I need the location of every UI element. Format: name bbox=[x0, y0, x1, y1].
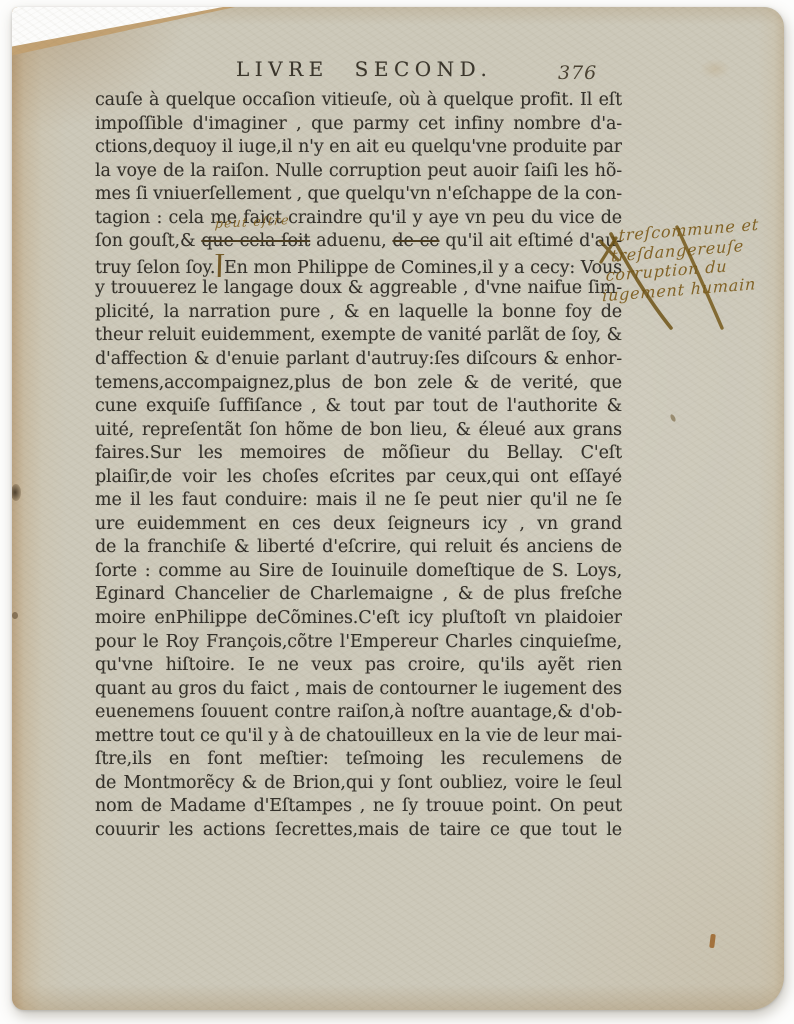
text-segment: plaiſir,de voir les choſes eſcrites par … bbox=[95, 467, 622, 490]
text-line: ſtre,ils en font meſtier: teſmoing les r… bbox=[95, 748, 622, 772]
text-segment: Eginard Chancelier de Charlemaigne , & d… bbox=[95, 584, 622, 607]
text-line: y trouuerez le langage doux & aggreable … bbox=[95, 277, 622, 301]
text-segment: la voye de la raiſon. Nulle corruption p… bbox=[95, 161, 622, 181]
text-segment: de la franchiſe & liberté d'eſcrire, qui… bbox=[95, 537, 622, 560]
text-segment: ctions,dequoy il iuge,il n'y en ait eu q… bbox=[95, 137, 622, 157]
page-number: 376 bbox=[558, 62, 597, 84]
text-line: la voye de la raiſon. Nulle corruption p… bbox=[95, 160, 622, 184]
paper-speck bbox=[709, 934, 716, 949]
body-text: cauſe à quelque occaſion vitieuſe, où à … bbox=[95, 89, 622, 843]
text-segment: plicité, la narration pure , & en laquel… bbox=[95, 302, 622, 325]
text-segment: qu'vne hiſtoire. Ie ne veux pas croire, … bbox=[95, 655, 622, 678]
text-segment: truy ſelon ſoy. bbox=[95, 258, 215, 278]
running-header-title: LIVRE SECOND. bbox=[236, 57, 492, 81]
struck-text: de ce bbox=[392, 231, 439, 251]
text-segment: ſtre,ils en font meſtier: teſmoing les r… bbox=[95, 749, 622, 772]
text-line: truy ſelon ſoy.En mon Philippe de Comine… bbox=[95, 254, 622, 278]
insertion-mark-icon bbox=[218, 254, 221, 278]
text-segment: nom de Madame d'Eſtampes , ne ſy trouue … bbox=[95, 796, 622, 816]
text-line: Eginard Chancelier de Charlemaigne , & d… bbox=[95, 583, 622, 607]
text-segment: cauſe à quelque occaſion vitieuſe, où à … bbox=[95, 90, 622, 110]
text-segment: d'affection & d'enuie parlant d'autruy:ſ… bbox=[95, 349, 622, 369]
text-segment: me il les faut conduire: mais il ne ſe p… bbox=[95, 490, 622, 513]
text-segment: de Montmorẽcy & de Brion,qui y ſont oubl… bbox=[95, 773, 622, 793]
text-line: plaiſir,de voir les choſes eſcrites par … bbox=[95, 466, 622, 490]
text-segment: ſorte : comme au Sire de Iouinuile domeſ… bbox=[95, 561, 622, 581]
text-line: cune exquiſe ſuffiſance , & tout par tou… bbox=[95, 395, 622, 419]
struck-text: que cela ſoit bbox=[201, 231, 310, 251]
text-line: de Montmorẽcy & de Brion,qui y ſont oubl… bbox=[95, 772, 622, 796]
text-line: d'affection & d'enuie parlant d'autruy:ſ… bbox=[95, 348, 622, 372]
text-line: tagion : cela me faict craindre qu'il y … bbox=[95, 207, 622, 231]
text-line: plicité, la narration pure , & en laquel… bbox=[95, 301, 622, 325]
text-line: ure euidemment en ces deux ſeigneurs icy… bbox=[95, 513, 622, 537]
text-line: mes ſi vniuerſellement , que quelqu'vn n… bbox=[95, 183, 622, 207]
text-line: theur reluit euidemment, exempte de vani… bbox=[95, 324, 622, 348]
text-segment: ure euidemment en ces deux ſeigneurs icy… bbox=[95, 514, 622, 537]
text-segment: uité, repreſentãt ſon hõme de bon lieu, … bbox=[95, 420, 622, 443]
text-segment: qu'il ait eſtimé d'au- bbox=[439, 231, 622, 251]
text-segment: theur reluit euidemment, exempte de vani… bbox=[95, 325, 622, 345]
paper-speck bbox=[12, 612, 18, 619]
text-line: euenemens ſouuent contre raiſon,à noſtre… bbox=[95, 701, 622, 725]
text-line: quant au gros du faict , mais de contour… bbox=[95, 678, 622, 702]
text-line: qu'vne hiſtoire. Ie ne veux pas croire, … bbox=[95, 654, 622, 678]
text-line: cauſe à quelque occaſion vitieuſe, où à … bbox=[95, 89, 622, 113]
text-line: temens,accompaignez,plus de bon zele & d… bbox=[95, 372, 622, 396]
text-line: couurir les actions ſecrettes,mais de ta… bbox=[95, 819, 622, 843]
text-line: mettre tout ce qu'il y à de chatouilleux… bbox=[95, 725, 622, 749]
text-segment: tagion : cela me faict craindre qu'il y … bbox=[95, 208, 622, 228]
text-line: impoſſible d'imaginer , que parmy cet in… bbox=[95, 113, 622, 137]
text-line: ſorte : comme au Sire de Iouinuile domeſ… bbox=[95, 560, 622, 584]
scan-background: LIVRE SECOND. 376 cauſe à quelque occaſi… bbox=[0, 0, 794, 1024]
text-segment: mettre tout ce qu'il y à de chatouilleux… bbox=[95, 726, 622, 746]
text-segment: couurir les actions ſecrettes,mais de ta… bbox=[95, 820, 622, 843]
text-segment: quant au gros du faict , mais de contour… bbox=[95, 679, 622, 699]
text-segment: faires.Sur les memoires de mõſieur du Be… bbox=[95, 443, 622, 466]
text-segment: y trouuerez le langage doux & aggreable … bbox=[95, 278, 622, 298]
text-segment: cune exquiſe ſuffiſance , & tout par tou… bbox=[95, 396, 622, 419]
text-line: uité, repreſentãt ſon hõme de bon lieu, … bbox=[95, 419, 622, 443]
text-segment: ſon gouſt,& bbox=[95, 231, 201, 251]
text-segment: impoſſible d'imaginer , que parmy cet in… bbox=[95, 114, 622, 134]
text-segment: aduenu, bbox=[310, 231, 392, 251]
text-segment: temens,accompaignez,plus de bon zele & d… bbox=[95, 373, 622, 396]
text-segment: euenemens ſouuent contre raiſon,à noſtre… bbox=[95, 702, 622, 722]
text-segment: moire enPhilippe deCõmines.C'eſt icy plu… bbox=[95, 608, 622, 628]
text-segment: mes ſi vniuerſellement , que quelqu'vn n… bbox=[95, 184, 622, 204]
text-line: moire enPhilippe deCõmines.C'eſt icy plu… bbox=[95, 607, 622, 631]
paper-speck bbox=[669, 414, 676, 423]
text-line: nom de Madame d'Eſtampes , ne ſy trouue … bbox=[95, 795, 622, 819]
text-segment: pour le Roy François,cõtre l'Empereur Ch… bbox=[95, 632, 622, 652]
ink-blot bbox=[12, 484, 21, 501]
margin-note: treſcommune ettreſdangereuſecorruption d… bbox=[602, 210, 784, 305]
text-line: faires.Sur les memoires de mõſieur du Be… bbox=[95, 442, 622, 466]
text-line: de la franchiſe & liberté d'eſcrire, qui… bbox=[95, 536, 622, 560]
foxing-spot bbox=[700, 59, 730, 79]
book-page: LIVRE SECOND. 376 cauſe à quelque occaſi… bbox=[12, 7, 784, 1010]
text-line: ctions,dequoy il iuge,il n'y en ait eu q… bbox=[95, 136, 622, 160]
text-line: me il les faut conduire: mais il ne ſe p… bbox=[95, 489, 622, 513]
text-line: ſon gouſt,& que cela ſoit aduenu, de ce … bbox=[95, 230, 622, 254]
text-segment: En mon Philippe de Comines,il y a cecy: … bbox=[224, 258, 622, 278]
text-line: pour le Roy François,cõtre l'Empereur Ch… bbox=[95, 631, 622, 655]
